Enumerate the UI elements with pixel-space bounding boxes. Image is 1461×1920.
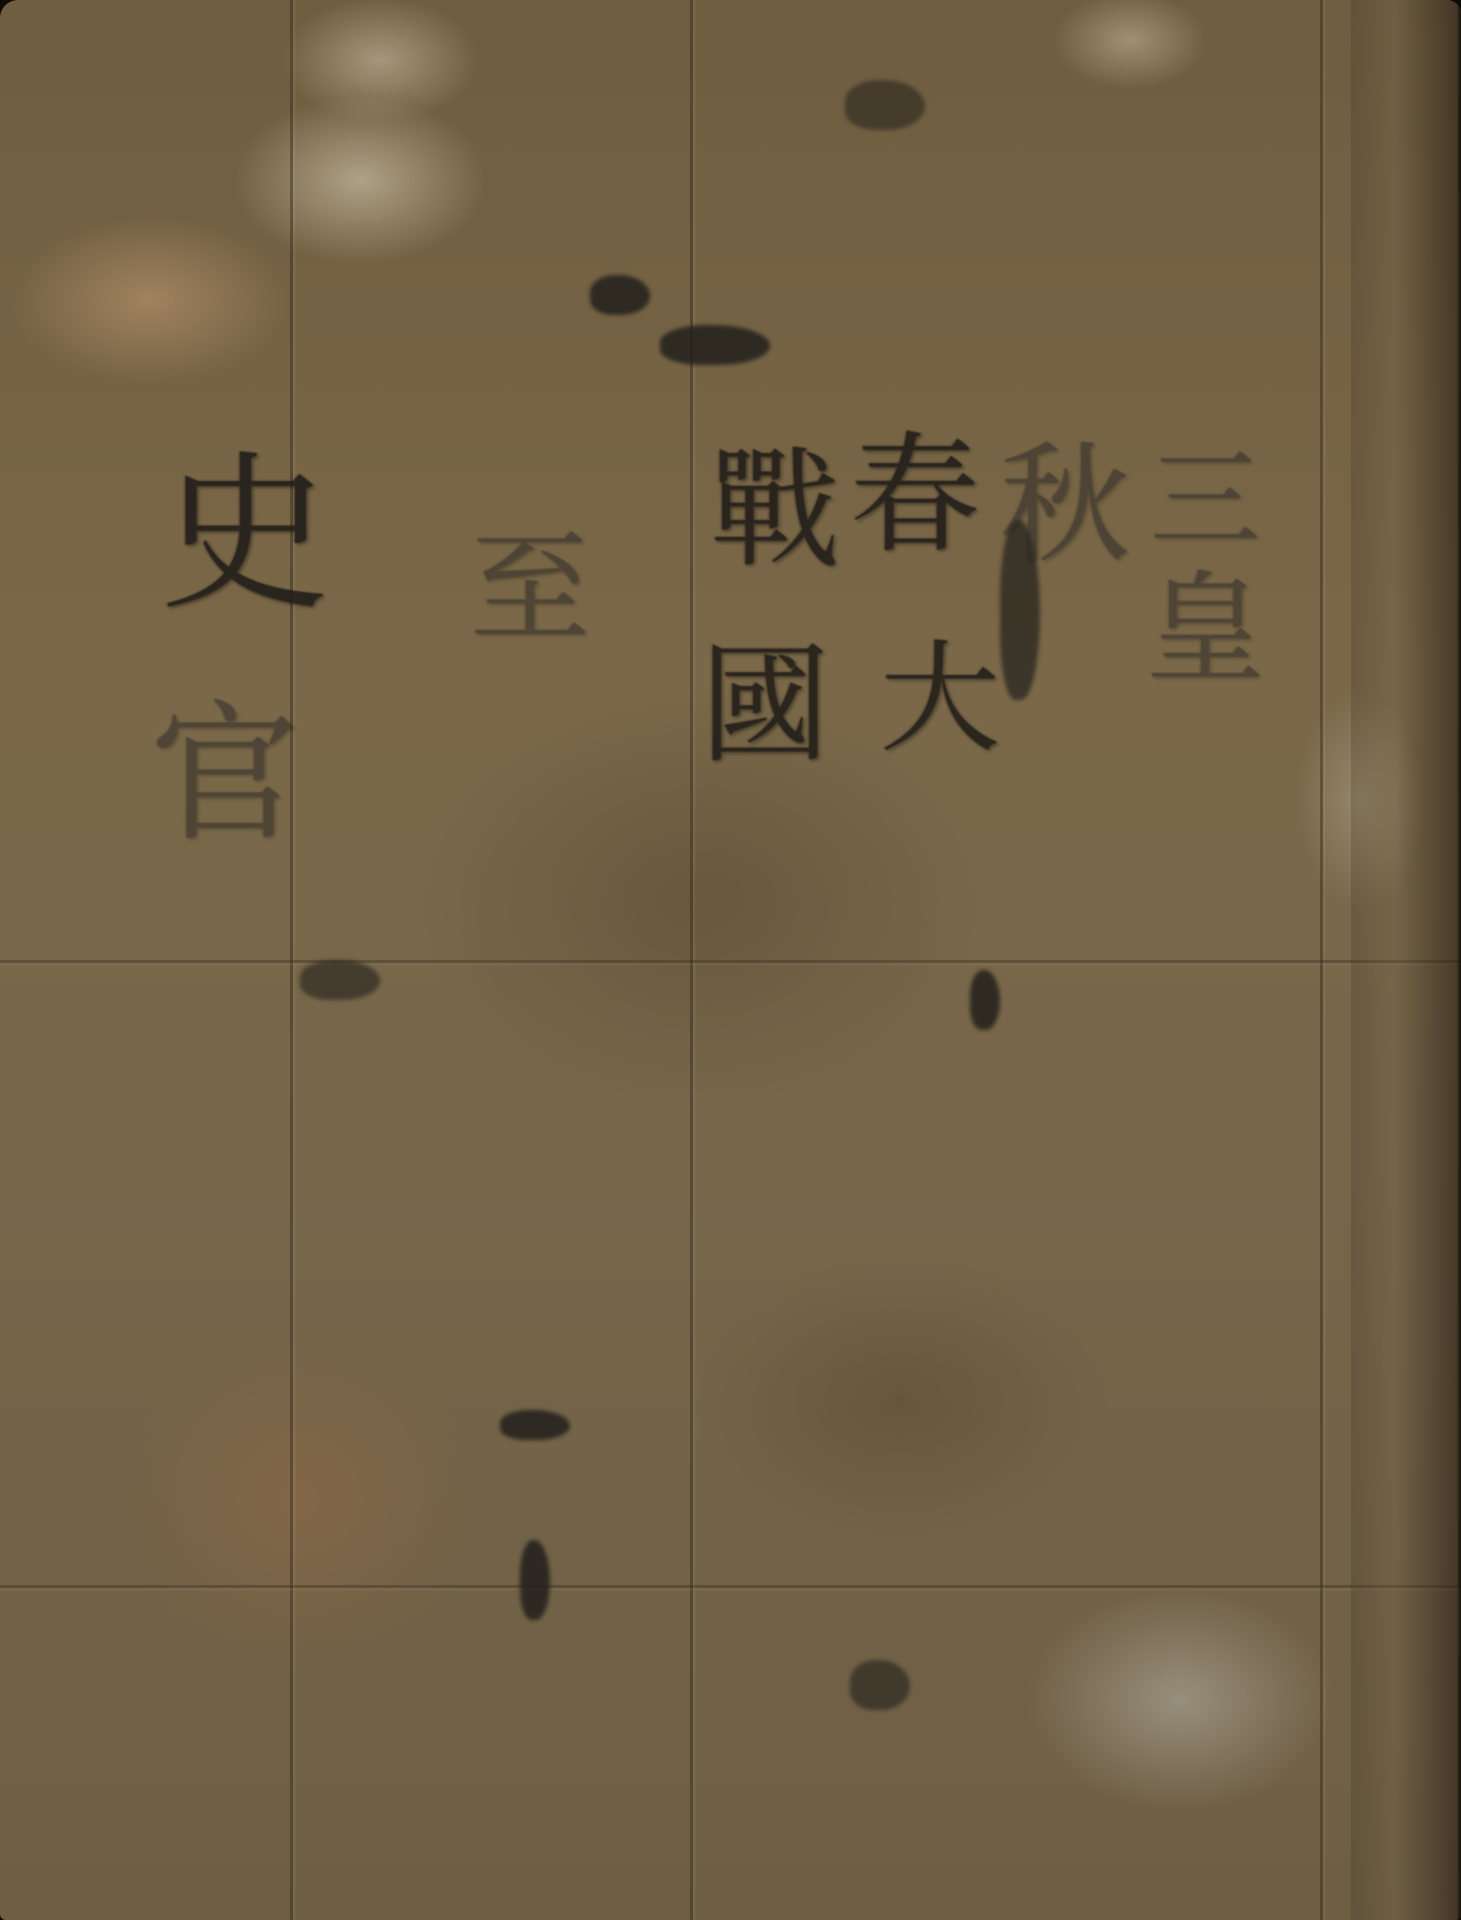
title-character: 春 [850, 430, 980, 560]
ink-stain [970, 970, 1000, 1030]
title-character: 大 [880, 640, 1000, 760]
title-character: 官 [150, 700, 300, 850]
ink-stain [590, 275, 650, 315]
ink-stain [500, 1410, 570, 1440]
title-character: 史 [160, 450, 330, 620]
ink-stain [300, 960, 380, 1000]
title-character: 戰 [710, 445, 840, 575]
ink-stain [845, 80, 925, 130]
book-spine-edge [1351, 0, 1461, 1920]
title-character: 秋 [1000, 440, 1130, 570]
title-character: 三 [1150, 445, 1260, 555]
crease-line [0, 1585, 1461, 1588]
ink-stain [520, 1540, 550, 1620]
ink-stain [850, 1660, 910, 1710]
ink-stain [660, 325, 770, 365]
title-character: 至 [470, 530, 590, 650]
manuscript-cover: 三 皇 春 秋 戰 國 大 至 史 官 [0, 0, 1461, 1920]
title-character: 國 [700, 640, 830, 770]
crease-line [0, 960, 1461, 963]
title-character: 皇 [1145, 570, 1265, 690]
